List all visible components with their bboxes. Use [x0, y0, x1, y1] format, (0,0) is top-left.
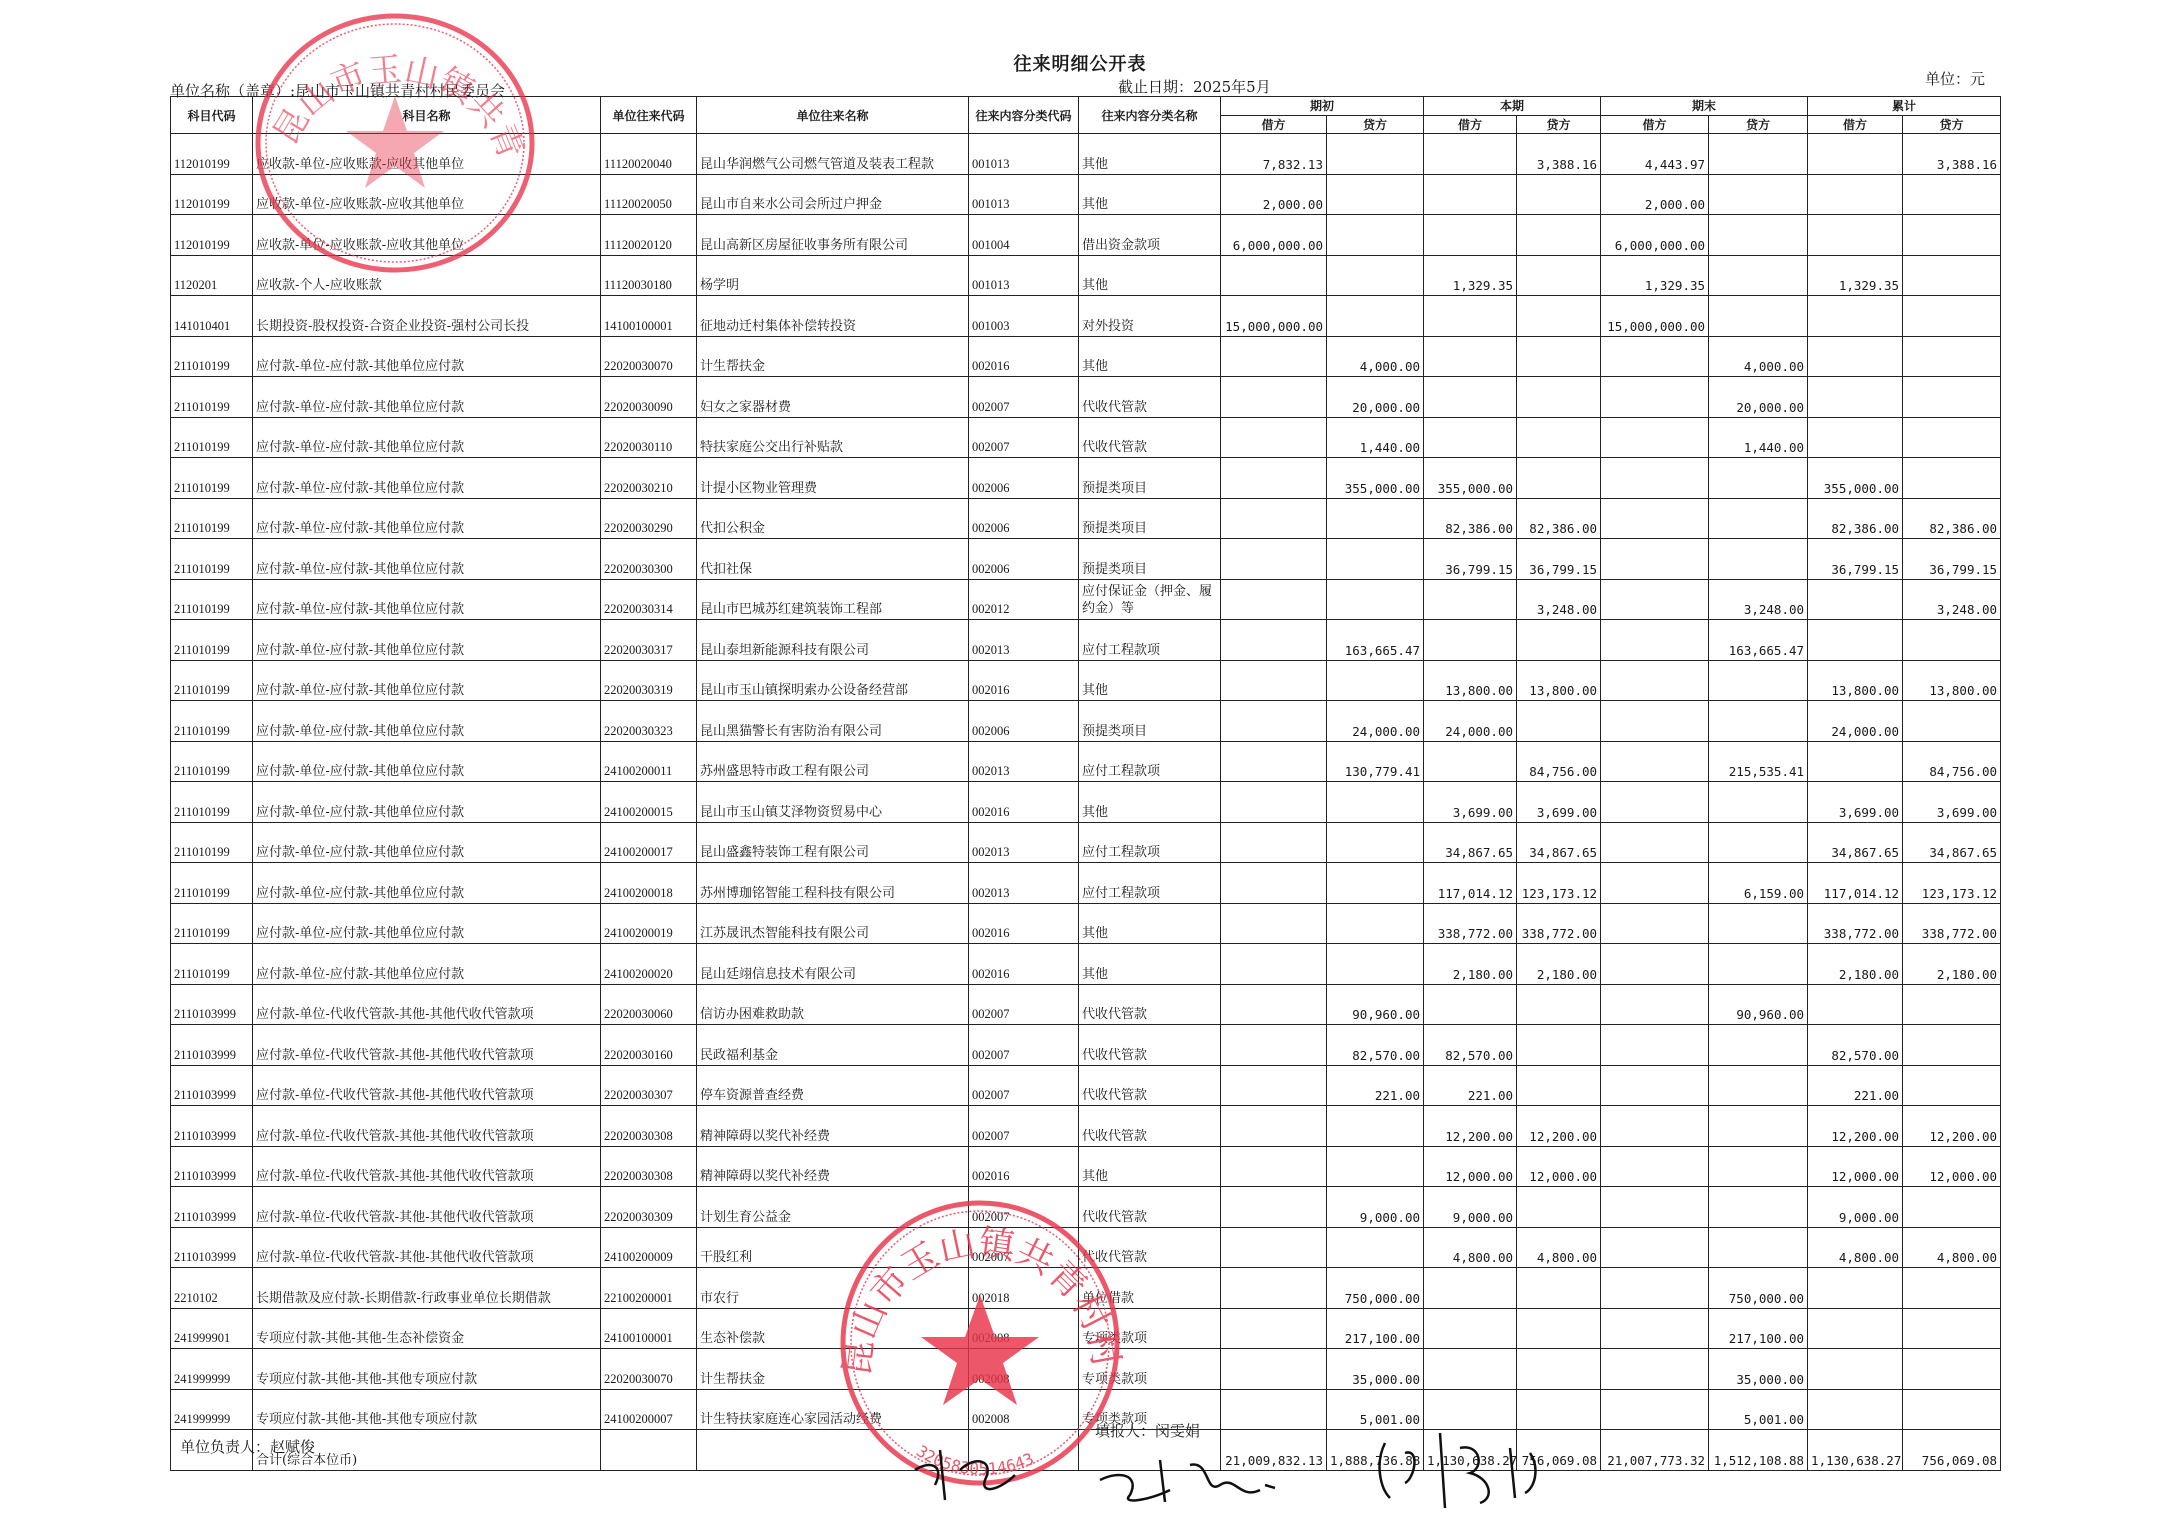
ending-debit-cell [1601, 1065, 1709, 1106]
subject-name-cell: 应付款-单位-应付款-其他单位应付款 [253, 741, 601, 782]
category-name-cell: 代收代管款 [1079, 1227, 1221, 1268]
current-debit-cell: 34,867.65 [1424, 822, 1517, 863]
party-name-cell: 昆山黑猫警长有害防治有限公司 [697, 701, 969, 742]
subject-code-cell: 211010199 [171, 660, 253, 701]
subject-code-cell: 2210102 [171, 1268, 253, 1309]
opening-credit-cell [1327, 174, 1424, 215]
category-code-cell: 002013 [969, 741, 1079, 782]
ending-credit-cell: 5,001.00 [1709, 1389, 1808, 1430]
opening-credit-cell: 20,000.00 [1327, 377, 1424, 418]
opening-debit-cell [1221, 984, 1327, 1025]
current-credit-cell [1517, 1187, 1601, 1228]
party-code-cell: 24100200018 [601, 863, 697, 904]
opening-debit-cell [1221, 741, 1327, 782]
current-credit-cell [1517, 255, 1601, 296]
unit-head: 单位负责人：赵赋俊 [180, 1436, 315, 1457]
ending-debit-cell [1601, 336, 1709, 377]
category-name-cell: 代收代管款 [1079, 1065, 1221, 1106]
subject-code-cell: 211010199 [171, 336, 253, 377]
total-blank-cell [969, 1430, 1079, 1471]
ending-credit-cell: 3,248.00 [1709, 579, 1808, 620]
table-row: 211010199应付款-单位-应付款-其他单位应付款22020030110特扶… [171, 417, 2001, 458]
current-credit-cell: 123,173.12 [1517, 863, 1601, 904]
ending-credit-cell [1709, 1025, 1808, 1066]
subject-name-cell: 应付款-单位-代收代管款-其他-其他代收代管款项 [253, 1187, 601, 1228]
ending-credit-cell [1709, 296, 1808, 337]
ledger-body: 112010199应收款-单位-应收账款-应收其他单位11120020040昆山… [171, 134, 2001, 1471]
header-debit: 借方 [1424, 115, 1517, 134]
cumulative-debit-cell [1808, 984, 1903, 1025]
current-debit-cell [1424, 174, 1517, 215]
header-category-name: 往来内容分类名称 [1079, 97, 1221, 134]
opening-credit-cell [1327, 296, 1424, 337]
header-group-current: 本期 [1424, 97, 1601, 116]
current-debit-cell [1424, 1268, 1517, 1309]
party-code-cell: 22020030110 [601, 417, 697, 458]
current-debit-cell [1424, 984, 1517, 1025]
cumulative-credit-cell [1903, 296, 2001, 337]
opening-credit-cell [1327, 1227, 1424, 1268]
party-name-cell: 生态补偿款 [697, 1308, 969, 1349]
party-name-cell: 苏州博珈铭智能工程科技有限公司 [697, 863, 969, 904]
total-blank-cell [697, 1430, 969, 1471]
party-code-cell: 24100200015 [601, 782, 697, 823]
current-debit-cell: 3,699.00 [1424, 782, 1517, 823]
subject-code-cell: 211010199 [171, 620, 253, 661]
subject-code-cell: 112010199 [171, 134, 253, 175]
current-debit-cell: 2,180.00 [1424, 944, 1517, 985]
party-name-cell: 昆山市玉山镇艾泽物资贸易中心 [697, 782, 969, 823]
cumulative-credit-cell [1903, 174, 2001, 215]
current-credit-cell: 12,200.00 [1517, 1106, 1601, 1147]
party-name-cell: 昆山市玉山镇探明索办公设备经营部 [697, 660, 969, 701]
current-debit-cell: 9,000.00 [1424, 1187, 1517, 1228]
subject-name-cell: 应付款-单位-代收代管款-其他-其他代收代管款项 [253, 1065, 601, 1106]
party-name-cell: 征地动迁村集体补偿转投资 [697, 296, 969, 337]
current-debit-cell [1424, 1389, 1517, 1430]
party-name-cell: 计生帮扶金 [697, 336, 969, 377]
party-name-cell: 信访办困难救助款 [697, 984, 969, 1025]
ending-debit-cell: 15,000,000.00 [1601, 296, 1709, 337]
table-row: 241999901专项应付款-其他-其他-生态补偿资金24100100001生态… [171, 1308, 2001, 1349]
party-code-cell: 11120030180 [601, 255, 697, 296]
current-credit-cell [1517, 620, 1601, 661]
category-code-cell: 001013 [969, 134, 1079, 175]
party-code-cell: 22020030290 [601, 498, 697, 539]
opening-debit-cell [1221, 660, 1327, 701]
table-row: 211010199应付款-单位-应付款-其他单位应付款22020030210计提… [171, 458, 2001, 499]
subject-code-cell: 211010199 [171, 782, 253, 823]
category-name-cell: 其他 [1079, 174, 1221, 215]
category-name-cell: 其他 [1079, 255, 1221, 296]
current-debit-cell: 82,570.00 [1424, 1025, 1517, 1066]
ending-debit-cell [1601, 782, 1709, 823]
party-code-cell: 22020030090 [601, 377, 697, 418]
opening-credit-cell [1327, 1106, 1424, 1147]
ending-debit-cell: 2,000.00 [1601, 174, 1709, 215]
category-name-cell: 代收代管款 [1079, 1187, 1221, 1228]
total-row: 合计(综合本位币)21,009,832.131,888,736.881,130,… [171, 1430, 2001, 1471]
ending-debit-cell [1601, 1106, 1709, 1147]
opening-debit-cell [1221, 1308, 1327, 1349]
opening-credit-cell [1327, 903, 1424, 944]
cumulative-credit-cell: 338,772.00 [1903, 903, 2001, 944]
party-name-cell: 杨学明 [697, 255, 969, 296]
ending-debit-cell [1601, 701, 1709, 742]
ending-debit-cell [1601, 1308, 1709, 1349]
opening-debit-cell [1221, 620, 1327, 661]
subject-name-cell: 应收款-单位-应收账款-应收其他单位 [253, 215, 601, 256]
subject-code-cell: 2110103999 [171, 1025, 253, 1066]
party-name-cell: 苏州盛思特市政工程有限公司 [697, 741, 969, 782]
subject-name-cell: 应付款-单位-代收代管款-其他-其他代收代管款项 [253, 984, 601, 1025]
opening-credit-cell [1327, 822, 1424, 863]
subject-name-cell: 应付款-单位-应付款-其他单位应付款 [253, 579, 601, 620]
category-code-cell: 002007 [969, 417, 1079, 458]
table-row: 211010199应付款-单位-应付款-其他单位应付款24100200019江苏… [171, 903, 2001, 944]
current-credit-cell [1517, 701, 1601, 742]
current-debit-cell [1424, 579, 1517, 620]
category-code-cell: 002012 [969, 579, 1079, 620]
opening-debit-cell [1221, 498, 1327, 539]
subject-name-cell: 应付款-单位-应付款-其他单位应付款 [253, 701, 601, 742]
category-code-cell: 002016 [969, 336, 1079, 377]
subject-name-cell: 专项应付款-其他-其他-生态补偿资金 [253, 1308, 601, 1349]
subject-name-cell: 应付款-单位-应付款-其他单位应付款 [253, 863, 601, 904]
opening-debit-cell [1221, 1349, 1327, 1390]
current-credit-cell: 3,388.16 [1517, 134, 1601, 175]
current-debit-cell: 36,799.15 [1424, 539, 1517, 580]
opening-credit-cell [1327, 782, 1424, 823]
subject-name-cell: 应付款-单位-代收代管款-其他-其他代收代管款项 [253, 1025, 601, 1066]
category-name-cell: 应付保证金（押金、履约金）等 [1079, 579, 1221, 620]
party-name-cell: 昆山市巴城苏红建筑装饰工程部 [697, 579, 969, 620]
ending-debit-cell [1601, 1187, 1709, 1228]
party-code-cell: 22020030300 [601, 539, 697, 580]
subject-code-cell: 141010401 [171, 296, 253, 337]
category-name-cell: 借出资金款项 [1079, 215, 1221, 256]
cumulative-debit-cell [1808, 741, 1903, 782]
party-name-cell: 精神障碍以奖代补经费 [697, 1106, 969, 1147]
table-row: 211010199应付款-单位-应付款-其他单位应付款24100200018苏州… [171, 863, 2001, 904]
cumulative-debit-cell: 117,014.12 [1808, 863, 1903, 904]
opening-debit-cell [1221, 417, 1327, 458]
category-name-cell: 预提类项目 [1079, 539, 1221, 580]
cumulative-debit-cell [1808, 1308, 1903, 1349]
party-code-cell: 11120020040 [601, 134, 697, 175]
cumulative-credit-cell [1903, 984, 2001, 1025]
ending-debit-cell [1601, 417, 1709, 458]
cumulative-credit-cell: 13,800.00 [1903, 660, 2001, 701]
opening-debit-cell [1221, 336, 1327, 377]
category-code-cell: 002013 [969, 620, 1079, 661]
category-code-cell: 002016 [969, 660, 1079, 701]
table-row: 211010199应付款-单位-应付款-其他单位应付款22020030070计生… [171, 336, 2001, 377]
header-credit: 贷方 [1327, 115, 1424, 134]
ending-credit-cell [1709, 458, 1808, 499]
cumulative-credit-cell: 3,248.00 [1903, 579, 2001, 620]
current-debit-cell [1424, 296, 1517, 337]
category-name-cell: 应付工程款项 [1079, 863, 1221, 904]
party-code-cell: 22020030160 [601, 1025, 697, 1066]
current-debit-cell: 338,772.00 [1424, 903, 1517, 944]
opening-debit-cell: 7,832.13 [1221, 134, 1327, 175]
opening-credit-cell [1327, 539, 1424, 580]
ending-debit-cell [1601, 741, 1709, 782]
table-row: 112010199应收款-单位-应收账款-应收其他单位11120020050昆山… [171, 174, 2001, 215]
header-group-cumulative: 累计 [1808, 97, 2001, 116]
category-name-cell: 专项类款项 [1079, 1308, 1221, 1349]
current-debit-cell [1424, 417, 1517, 458]
party-name-cell: 计划生育公益金 [697, 1187, 969, 1228]
opening-debit-cell [1221, 782, 1327, 823]
total-current-debit-cell: 1,130,638.27 [1424, 1430, 1517, 1471]
ending-debit-cell [1601, 984, 1709, 1025]
current-debit-cell: 13,800.00 [1424, 660, 1517, 701]
table-row: 2110103999应付款-单位-代收代管款-其他-其他代收代管款项220200… [171, 1025, 2001, 1066]
table-row: 211010199应付款-单位-应付款-其他单位应付款24100200011苏州… [171, 741, 2001, 782]
ending-debit-cell [1601, 1349, 1709, 1390]
current-credit-cell: 4,800.00 [1517, 1227, 1601, 1268]
current-credit-cell: 2,180.00 [1517, 944, 1601, 985]
category-name-cell: 其他 [1079, 336, 1221, 377]
party-name-cell: 江苏晟讯杰智能科技有限公司 [697, 903, 969, 944]
party-code-cell: 22020030308 [601, 1106, 697, 1147]
cumulative-credit-cell [1903, 417, 2001, 458]
current-credit-cell [1517, 174, 1601, 215]
subject-name-cell: 长期投资-股权投资-合资企业投资-强村公司长投 [253, 296, 601, 337]
subject-code-cell: 211010199 [171, 701, 253, 742]
cumulative-credit-cell: 4,800.00 [1903, 1227, 2001, 1268]
opening-debit-cell [1221, 1146, 1327, 1187]
opening-credit-cell [1327, 579, 1424, 620]
category-name-cell: 其他 [1079, 134, 1221, 175]
opening-credit-cell: 90,960.00 [1327, 984, 1424, 1025]
document-title: 往来明细公开表 [0, 50, 2160, 76]
category-code-cell: 002008 [969, 1389, 1079, 1430]
ending-credit-cell [1709, 822, 1808, 863]
cumulative-debit-cell [1808, 579, 1903, 620]
current-debit-cell: 12,000.00 [1424, 1146, 1517, 1187]
cumulative-credit-cell: 123,173.12 [1903, 863, 2001, 904]
total-ending-debit-cell: 21,007,773.32 [1601, 1430, 1709, 1471]
opening-credit-cell: 750,000.00 [1327, 1268, 1424, 1309]
current-credit-cell [1517, 377, 1601, 418]
table-row: 211010199应付款-单位-应付款-其他单位应付款22020030319昆山… [171, 660, 2001, 701]
opening-debit-cell [1221, 1065, 1327, 1106]
party-name-cell: 昆山廷翊信息技术有限公司 [697, 944, 969, 985]
current-debit-cell: 221.00 [1424, 1065, 1517, 1106]
cumulative-debit-cell: 13,800.00 [1808, 660, 1903, 701]
opening-credit-cell [1327, 134, 1424, 175]
subject-code-cell: 1120201 [171, 255, 253, 296]
subject-name-cell: 专项应付款-其他-其他-其他专项应付款 [253, 1389, 601, 1430]
cumulative-debit-cell [1808, 336, 1903, 377]
category-name-cell: 应付工程款项 [1079, 741, 1221, 782]
cumulative-debit-cell: 34,867.65 [1808, 822, 1903, 863]
ending-credit-cell: 163,665.47 [1709, 620, 1808, 661]
category-code-cell: 002007 [969, 377, 1079, 418]
opening-debit-cell [1221, 863, 1327, 904]
subject-name-cell: 应付款-单位-代收代管款-其他-其他代收代管款项 [253, 1227, 601, 1268]
subject-name-cell: 应付款-单位-代收代管款-其他-其他代收代管款项 [253, 1106, 601, 1147]
ending-credit-cell [1709, 174, 1808, 215]
party-name-cell: 计提小区物业管理费 [697, 458, 969, 499]
party-name-cell: 停车资源普查经费 [697, 1065, 969, 1106]
subject-name-cell: 应付款-单位-应付款-其他单位应付款 [253, 822, 601, 863]
opening-credit-cell: 24,000.00 [1327, 701, 1424, 742]
cumulative-credit-cell [1903, 336, 2001, 377]
category-name-cell: 其他 [1079, 903, 1221, 944]
opening-credit-cell: 221.00 [1327, 1065, 1424, 1106]
cumulative-credit-cell [1903, 1187, 2001, 1228]
current-debit-cell [1424, 134, 1517, 175]
ending-credit-cell: 35,000.00 [1709, 1349, 1808, 1390]
category-code-cell: 002013 [969, 863, 1079, 904]
cumulative-debit-cell [1808, 296, 1903, 337]
category-code-cell: 002016 [969, 944, 1079, 985]
current-debit-cell [1424, 741, 1517, 782]
subject-code-cell: 211010199 [171, 539, 253, 580]
opening-credit-cell: 82,570.00 [1327, 1025, 1424, 1066]
current-credit-cell: 13,800.00 [1517, 660, 1601, 701]
ending-debit-cell: 6,000,000.00 [1601, 215, 1709, 256]
subject-name-cell: 应收款-单位-应收账款-应收其他单位 [253, 134, 601, 175]
party-code-cell: 11120020050 [601, 174, 697, 215]
table-row: 211010199应付款-单位-应付款-其他单位应付款22020030090妇女… [171, 377, 2001, 418]
current-debit-cell [1424, 336, 1517, 377]
current-credit-cell [1517, 458, 1601, 499]
current-credit-cell: 338,772.00 [1517, 903, 1601, 944]
ending-debit-cell [1601, 863, 1709, 904]
header-debit: 借方 [1808, 115, 1903, 134]
ending-credit-cell [1709, 498, 1808, 539]
opening-debit-cell [1221, 539, 1327, 580]
subject-name-cell: 应付款-单位-应付款-其他单位应付款 [253, 539, 601, 580]
cumulative-credit-cell [1903, 1025, 2001, 1066]
cumulative-debit-cell: 82,386.00 [1808, 498, 1903, 539]
cumulative-credit-cell [1903, 255, 2001, 296]
category-name-cell: 其他 [1079, 944, 1221, 985]
current-debit-cell: 1,329.35 [1424, 255, 1517, 296]
opening-credit-cell: 163,665.47 [1327, 620, 1424, 661]
current-debit-cell [1424, 620, 1517, 661]
ending-credit-cell [1709, 944, 1808, 985]
current-debit-cell: 82,386.00 [1424, 498, 1517, 539]
party-name-cell: 计生帮扶金 [697, 1349, 969, 1390]
cumulative-credit-cell [1903, 215, 2001, 256]
current-debit-cell [1424, 1349, 1517, 1390]
opening-debit-cell: 2,000.00 [1221, 174, 1327, 215]
table-row: 241999999专项应付款-其他-其他-其他专项应付款24100200007计… [171, 1389, 2001, 1430]
opening-debit-cell [1221, 1106, 1327, 1147]
category-code-cell: 002016 [969, 782, 1079, 823]
category-code-cell: 002006 [969, 701, 1079, 742]
subject-code-cell: 241999999 [171, 1389, 253, 1430]
opening-debit-cell [1221, 1268, 1327, 1309]
category-code-cell: 002013 [969, 822, 1079, 863]
current-credit-cell [1517, 1268, 1601, 1309]
party-code-cell: 22020030309 [601, 1187, 697, 1228]
ending-credit-cell: 90,960.00 [1709, 984, 1808, 1025]
party-name-cell: 代扣公积金 [697, 498, 969, 539]
cumulative-credit-cell: 82,386.00 [1903, 498, 2001, 539]
party-code-cell: 22020030314 [601, 579, 697, 620]
current-credit-cell: 36,799.15 [1517, 539, 1601, 580]
party-code-cell: 22020030308 [601, 1146, 697, 1187]
ending-credit-cell [1709, 1146, 1808, 1187]
ending-credit-cell: 20,000.00 [1709, 377, 1808, 418]
current-credit-cell [1517, 215, 1601, 256]
category-code-cell: 002016 [969, 903, 1079, 944]
subject-code-cell: 211010199 [171, 498, 253, 539]
current-credit-cell [1517, 1389, 1601, 1430]
opening-debit-cell [1221, 1389, 1327, 1430]
current-debit-cell: 117,014.12 [1424, 863, 1517, 904]
ending-credit-cell [1709, 1106, 1808, 1147]
opening-credit-cell: 5,001.00 [1327, 1389, 1424, 1430]
subject-name-cell: 长期借款及应付款-长期借款-行政事业单位长期借款 [253, 1268, 601, 1309]
total-opening-debit-cell: 21,009,832.13 [1221, 1430, 1327, 1471]
table-row: 112010199应收款-单位-应收账款-应收其他单位11120020120昆山… [171, 215, 2001, 256]
table-row: 211010199应付款-单位-应付款-其他单位应付款22020030323昆山… [171, 701, 2001, 742]
party-code-cell: 22020030070 [601, 1349, 697, 1390]
opening-credit-cell: 1,440.00 [1327, 417, 1424, 458]
opening-credit-cell [1327, 1146, 1424, 1187]
party-code-cell: 22100200001 [601, 1268, 697, 1309]
subject-name-cell: 应付款-单位-代收代管款-其他-其他代收代管款项 [253, 1146, 601, 1187]
subject-code-cell: 2110103999 [171, 1065, 253, 1106]
ending-credit-cell [1709, 1227, 1808, 1268]
category-code-cell: 001003 [969, 296, 1079, 337]
subject-name-cell: 应付款-单位-应付款-其他单位应付款 [253, 498, 601, 539]
subject-code-cell: 211010199 [171, 417, 253, 458]
table-row: 211010199应付款-单位-应付款-其他单位应付款24100200015昆山… [171, 782, 2001, 823]
table-row: 112010199应收款-单位-应收账款-应收其他单位11120020040昆山… [171, 134, 2001, 175]
category-name-cell: 其他 [1079, 660, 1221, 701]
cumulative-debit-cell: 1,329.35 [1808, 255, 1903, 296]
party-code-cell: 14100100001 [601, 296, 697, 337]
subject-code-cell: 211010199 [171, 458, 253, 499]
party-name-cell: 精神障碍以奖代补经费 [697, 1146, 969, 1187]
category-code-cell: 001013 [969, 255, 1079, 296]
subject-code-cell: 211010199 [171, 863, 253, 904]
currency-unit: 单位：元 [1925, 68, 1985, 89]
header-subject-code: 科目代码 [171, 97, 253, 134]
subject-code-cell: 112010199 [171, 174, 253, 215]
current-credit-cell: 12,000.00 [1517, 1146, 1601, 1187]
party-name-cell: 民政福利基金 [697, 1025, 969, 1066]
table-row: 2110103999应付款-单位-代收代管款-其他-其他代收代管款项220200… [171, 1187, 2001, 1228]
subject-name-cell: 应付款-单位-应付款-其他单位应付款 [253, 620, 601, 661]
current-debit-cell [1424, 1308, 1517, 1349]
cumulative-debit-cell: 9,000.00 [1808, 1187, 1903, 1228]
party-code-cell: 11120020120 [601, 215, 697, 256]
subject-name-cell: 应付款-单位-应付款-其他单位应付款 [253, 336, 601, 377]
category-name-cell: 其他 [1079, 1146, 1221, 1187]
party-name-cell: 市农行 [697, 1268, 969, 1309]
cumulative-credit-cell [1903, 1268, 2001, 1309]
party-name-cell: 干股红利 [697, 1227, 969, 1268]
subject-code-cell: 241999901 [171, 1308, 253, 1349]
current-credit-cell: 34,867.65 [1517, 822, 1601, 863]
current-credit-cell [1517, 296, 1601, 337]
party-name-cell: 妇女之家器材费 [697, 377, 969, 418]
party-code-cell: 22020030210 [601, 458, 697, 499]
ending-debit-cell [1601, 944, 1709, 985]
category-name-cell: 预提类项目 [1079, 498, 1221, 539]
cumulative-debit-cell: 82,570.00 [1808, 1025, 1903, 1066]
